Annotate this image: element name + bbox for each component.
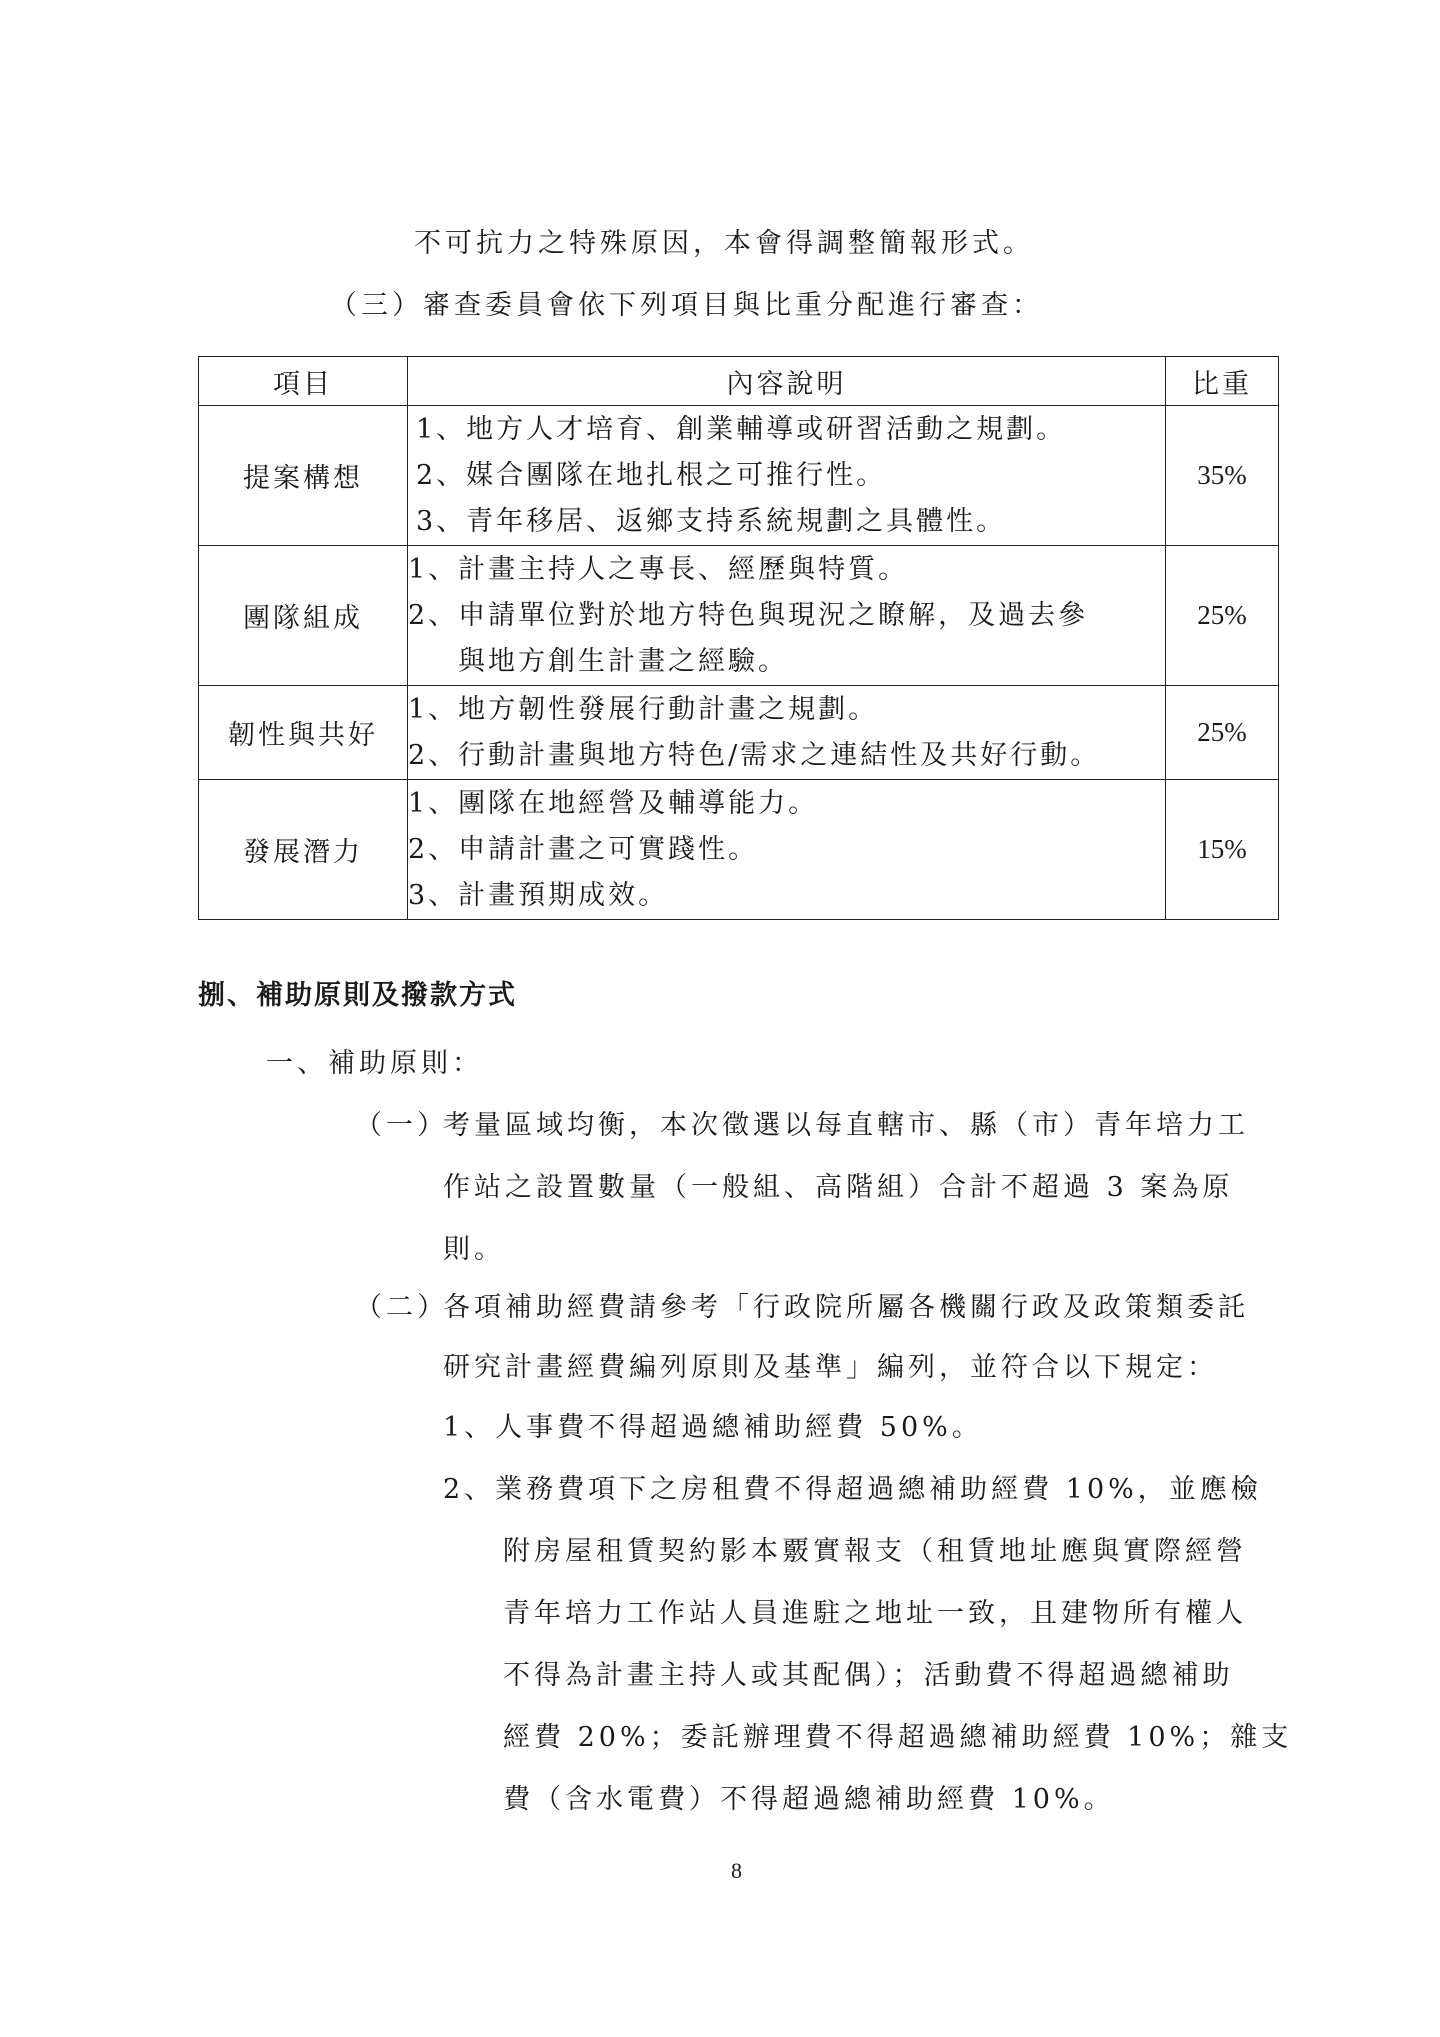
item2-line: 各項補助經費請參考「行政院所屬各機關行政及政策類委託 — [443, 1290, 1249, 1326]
header-item: 項目 — [199, 357, 408, 406]
row-item: 團隊組成 — [199, 546, 408, 686]
item2-label: （二） — [355, 1290, 448, 1326]
item1-line: 則。 — [443, 1232, 505, 1268]
desc-line: 2、申請單位對於地方特色與現況之瞭解，及過去參 — [408, 593, 1165, 639]
item1-line: 考量區域均衡，本次徵選以每直轄市、縣（市）青年培力工 — [443, 1108, 1249, 1144]
desc-line: 1、地方韌性發展行動計畫之規劃。 — [408, 687, 1165, 733]
header-weight: 比重 — [1166, 357, 1279, 406]
subsection1-title: 一、補助原則： — [266, 1046, 483, 1082]
table-row: 發展潛力 1、團隊在地經營及輔導能力。 2、申請計畫之可實踐性。 3、計畫預期成… — [199, 780, 1279, 920]
item1-label: （一） — [355, 1108, 448, 1144]
rule1-line: 1、人事費不得超過總補助經費 50%。 — [443, 1410, 983, 1446]
row-description: 1、計畫主持人之專長、經歷與特質。 2、申請單位對於地方特色與現況之瞭解，及過去… — [408, 546, 1166, 686]
desc-line: 與地方創生計畫之經驗。 — [408, 639, 1165, 685]
section3-title: （三）審查委員會依下列項目與比重分配進行審查： — [330, 288, 1043, 324]
row-weight: 35% — [1166, 406, 1279, 546]
rule2-line: 青年培力工作站人員進駐之地址一致，且建物所有權人 — [503, 1596, 1247, 1632]
table-row: 團隊組成 1、計畫主持人之專長、經歷與特質。 2、申請單位對於地方特色與現況之瞭… — [199, 546, 1279, 686]
desc-line: 1、計畫主持人之專長、經歷與特質。 — [408, 547, 1165, 593]
rule2-line: 2、業務費項下之房租費不得超過總補助經費 10%，並應檢 — [443, 1472, 1262, 1508]
item2-line: 研究計畫經費編列原則及基準」編列，並符合以下規定： — [443, 1350, 1218, 1386]
table-header-row: 項目 內容說明 比重 — [199, 357, 1279, 406]
header-description: 內容說明 — [408, 357, 1166, 406]
row-weight: 25% — [1166, 546, 1279, 686]
item1-line: 作站之設置數量（一般組、高階組）合計不超過 3 案為原 — [443, 1170, 1233, 1206]
row-item: 韌性與共好 — [199, 686, 408, 780]
row-weight: 25% — [1166, 686, 1279, 780]
rule2-line: 不得為計畫主持人或其配偶）；活動費不得超過總補助 — [503, 1658, 1234, 1694]
page-number: 8 — [731, 1858, 742, 1884]
rule2-line: 附房屋租賃契約影本覈實報支（租賃地址應與實際經營 — [503, 1534, 1247, 1570]
row-item: 提案構想 — [199, 406, 408, 546]
desc-line: 3、青年移居、返鄉支持系統規劃之具體性。 — [408, 499, 1165, 545]
desc-line: 1、地方人才培育、創業輔導或研習活動之規劃。 — [408, 407, 1165, 453]
row-weight: 15% — [1166, 780, 1279, 920]
section8-heading: 捌、補助原則及撥款方式 — [198, 978, 517, 1014]
desc-line: 2、行動計畫與地方特色/需求之連結性及共好行動。 — [408, 733, 1165, 779]
desc-line: 2、媒合團隊在地扎根之可推行性。 — [408, 453, 1165, 499]
desc-line: 2、申請計畫之可實踐性。 — [408, 827, 1165, 873]
row-description: 1、團隊在地經營及輔導能力。 2、申請計畫之可實踐性。 3、計畫預期成效。 — [408, 780, 1166, 920]
table-row: 韌性與共好 1、地方韌性發展行動計畫之規劃。 2、行動計畫與地方特色/需求之連結… — [199, 686, 1279, 780]
row-description: 1、地方人才培育、創業輔導或研習活動之規劃。 2、媒合團隊在地扎根之可推行性。 … — [408, 406, 1166, 546]
continuation-text: 不可抗力之特殊原因，本會得調整簡報形式。 — [414, 226, 1034, 262]
desc-line: 3、計畫預期成效。 — [408, 873, 1165, 919]
desc-line: 1、團隊在地經營及輔導能力。 — [408, 781, 1165, 827]
review-criteria-table: 項目 內容說明 比重 提案構想 1、地方人才培育、創業輔導或研習活動之規劃。 2… — [198, 356, 1279, 920]
row-item: 發展潛力 — [199, 780, 408, 920]
rule2-line: 費（含水電費）不得超過總補助經費 10%。 — [503, 1782, 1115, 1818]
table-row: 提案構想 1、地方人才培育、創業輔導或研習活動之規劃。 2、媒合團隊在地扎根之可… — [199, 406, 1279, 546]
rule2-line: 經費 20%；委託辦理費不得超過總補助經費 10%；雜支 — [503, 1720, 1292, 1756]
row-description: 1、地方韌性發展行動計畫之規劃。 2、行動計畫與地方特色/需求之連結性及共好行動… — [408, 686, 1166, 780]
